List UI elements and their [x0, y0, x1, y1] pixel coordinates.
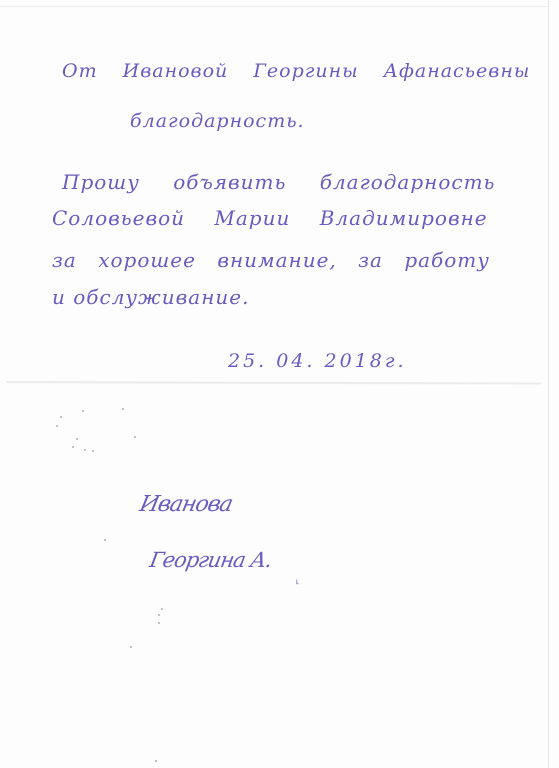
scan-speck: [158, 614, 160, 616]
scan-speck: [84, 449, 86, 451]
paper-top-edge: [0, 6, 548, 7]
from-line: От Ивановой Георгины Афанасьевны: [62, 60, 530, 82]
letter-page: От Ивановой Георгины Афанасьевны благода…: [0, 0, 559, 768]
letter-date: 25. 04. 2018г.: [228, 350, 407, 372]
signature-name: Георгина А.: [148, 548, 273, 572]
scan-speck: [161, 608, 163, 610]
signature-tick-mark: ˪: [296, 578, 304, 586]
body-line-3: за хорошее внимание, за работу: [52, 248, 490, 272]
body-line-2: Соловьевой Марии Владимировне: [52, 206, 488, 230]
paper-fold-line: [6, 381, 541, 384]
paper-right-edge: [548, 0, 549, 768]
scan-speck: [155, 760, 157, 762]
body-line-4: и обслуживание.: [52, 285, 249, 309]
scan-speck: [92, 450, 94, 452]
scan-speck: [56, 425, 58, 427]
scan-speck: [134, 436, 136, 438]
scan-speck: [130, 646, 132, 648]
scan-speck: [122, 408, 124, 410]
signature-surname: Иванова: [137, 492, 234, 517]
scan-speck: [82, 410, 84, 412]
letter-title: благодарность.: [130, 110, 305, 132]
scan-speck: [104, 539, 106, 541]
body-line-1: Прошу объявить благодарность: [62, 170, 495, 194]
scan-speck: [60, 416, 62, 418]
scan-speck: [72, 446, 74, 448]
scan-speck: [158, 622, 160, 624]
scan-speck: [76, 438, 78, 440]
